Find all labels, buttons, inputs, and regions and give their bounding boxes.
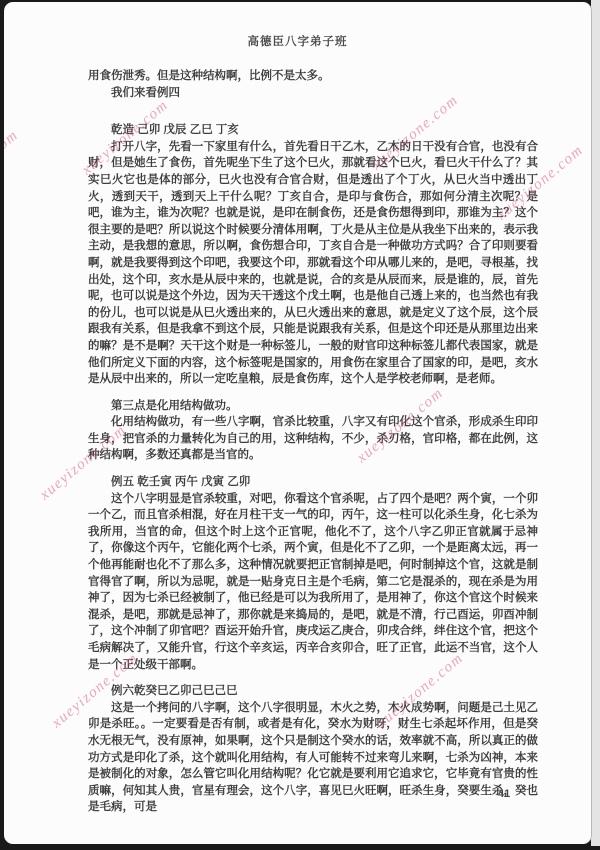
paragraph: 用食伤泄秀。但是这种结构啊，比例不是太多。 bbox=[88, 68, 538, 85]
paragraph: 第三点是化用结构做功。 bbox=[88, 398, 538, 415]
page-header-title: 高德臣八字弟子班 bbox=[4, 33, 591, 49]
paragraph: 这是一个拷问的八字啊，这个八字很明显，木火之势，木火成势啊，问题是己土见乙卯是杀… bbox=[88, 700, 538, 816]
paragraph: 乾造 己卯 戊辰 乙巳 丁亥 bbox=[88, 122, 538, 139]
paragraph: 例六乾癸巳乙卯己巳己巳 bbox=[88, 683, 538, 700]
paragraph: 这个八字明显是官杀较重，对吧，你看这个官杀呢，占了四个是吧？两个寅，一个卯一个乙… bbox=[88, 491, 538, 674]
paragraph: 化用结构做功，有一些八字啊，官杀比较重，八字又有印化这个官杀，形成杀生印印生身，… bbox=[88, 414, 538, 464]
page-edge-shadow bbox=[591, 0, 600, 846]
paragraph: 打开八字，先看一下家里有什么，首先看日干乙木，乙木的日干没有合官，也没有合财，但… bbox=[88, 139, 538, 388]
page-number: 41 bbox=[498, 788, 510, 800]
paragraph: 我们来看例四 bbox=[88, 85, 538, 102]
paragraph: 例五 乾壬寅 丙午 戊寅 乙卯 bbox=[88, 474, 538, 491]
document-page: 高德臣八字弟子班 用食伤泄秀。但是这种结构啊，比例不是太多。我们来看例四乾造 己… bbox=[4, 2, 592, 844]
page-body: 用食伤泄秀。但是这种结构啊，比例不是太多。我们来看例四乾造 己卯 戊辰 乙巳 丁… bbox=[88, 68, 538, 816]
watermark-text: xueyizone.com bbox=[4, 127, 22, 209]
